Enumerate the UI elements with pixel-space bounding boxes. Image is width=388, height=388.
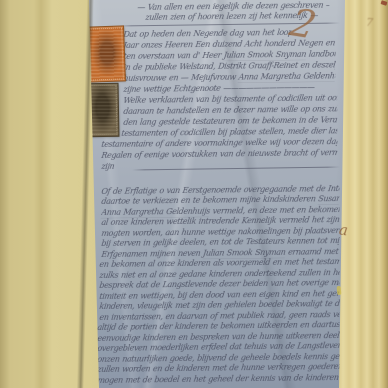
- manuscript-line: Regalen of eenige voorstukken van de nie…: [101, 148, 338, 161]
- manuscript-line: Dat op heden den Negende dag van het loo…: [123, 28, 292, 40]
- manuscript-line: zijn: [101, 162, 142, 173]
- paint-fleck: [337, 286, 342, 295]
- manuscript-line: mogen met de boedel en het geheel der ke…: [97, 373, 340, 386]
- underlined-name: Julian Smook Snyman: [223, 50, 307, 62]
- margin-scribble: a: [338, 222, 349, 239]
- photograph: — Van allen en een iegelijk die dezen ge…: [0, 0, 388, 388]
- underlined-name: Susanna: [318, 194, 340, 205]
- corner-pencil-mark: 7: [365, 17, 373, 30]
- underlined-name: Anna Margretha Geldenhuijs: [238, 71, 336, 83]
- flourish-rule: [132, 167, 340, 171]
- revenue-stamp-orange: [88, 26, 125, 81]
